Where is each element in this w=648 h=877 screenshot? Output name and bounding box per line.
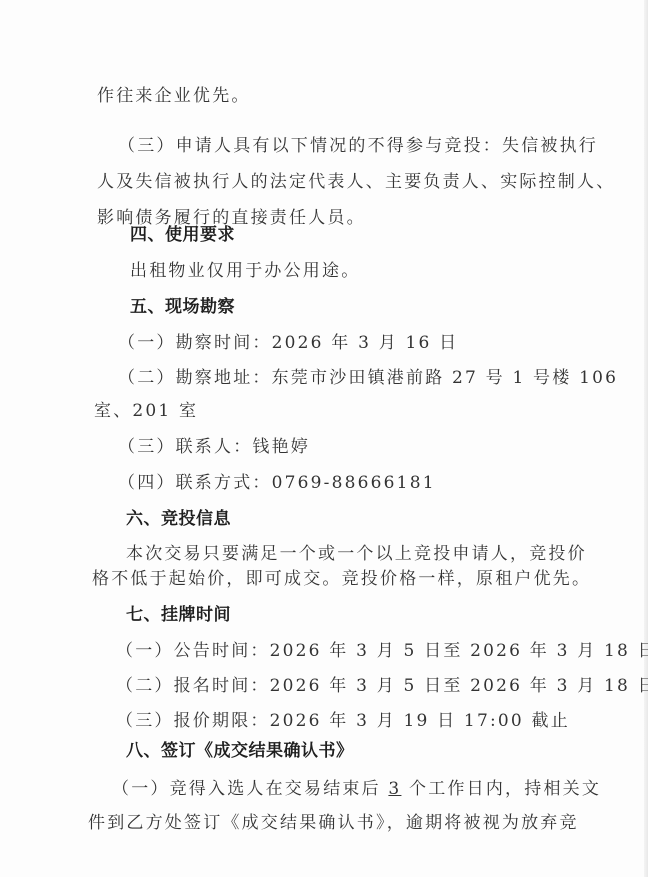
clause-3-line-1: （三）申请人具有以下情况的不得参与竞投：失信被执行: [118, 135, 598, 157]
contact-phone: （四）联系方式：0769-88666181: [118, 472, 436, 494]
announcement-period: （一）公告时间：2026 年 3 月 5 日至 2026 年 3 月 18 日: [116, 640, 648, 662]
page-edge: [644, 0, 648, 877]
bidding-info-line-1: 本次交易只要满足一个或一个以上竞投申请人，竞投价: [126, 543, 587, 565]
inspection-address-line-1: （二）勘察地址：东莞市沙田镇港前路 27 号 1 号楼 106: [118, 367, 618, 389]
clause-3-line-2: 人及失信被执行人的法定代表人、主要负责人、实际控制人、: [97, 171, 615, 193]
paragraph-continuation: 作往来企业优先。: [97, 85, 251, 107]
section-4-body: 出租物业仅用于办公用途。: [130, 260, 360, 282]
business-days-count: 3: [388, 779, 401, 799]
bidding-info-line-2: 格不低于起始价，即可成交。竞投价格一样，原租户优先。: [92, 568, 591, 590]
signing-clause-line-2: 件到乙方处签订《成交结果确认书》，逾期将被视为放弃竞: [88, 812, 579, 834]
section-5-heading: 五、现场勘察: [130, 296, 235, 318]
inspection-address-line-2: 室、201 室: [94, 400, 198, 422]
signing-clause-text-b: 个工作日内，持相关文: [401, 779, 601, 799]
section-6-heading: 六、竞投信息: [126, 508, 231, 530]
section-4-heading: 四、使用要求: [130, 224, 235, 246]
inspection-time: （一）勘察时间：2026 年 3 月 16 日: [118, 332, 458, 354]
registration-period: （二）报名时间：2026 年 3 月 5 日至 2026 年 3 月 18 日: [116, 675, 648, 697]
signing-clause-line-1: （一）竞得入选人在交易结束后 3 个工作日内，持相关文: [112, 778, 601, 800]
bid-deadline: （三）报价期限：2026 年 3 月 19 日 17:00 截止: [116, 710, 570, 732]
signing-clause-text-a: （一）竞得入选人在交易结束后: [112, 779, 388, 799]
section-7-heading: 七、挂牌时间: [126, 604, 231, 626]
section-8-heading: 八、签订《成交结果确认书》: [126, 740, 354, 762]
contact-person: （三）联系人：钱艳婷: [118, 436, 310, 458]
